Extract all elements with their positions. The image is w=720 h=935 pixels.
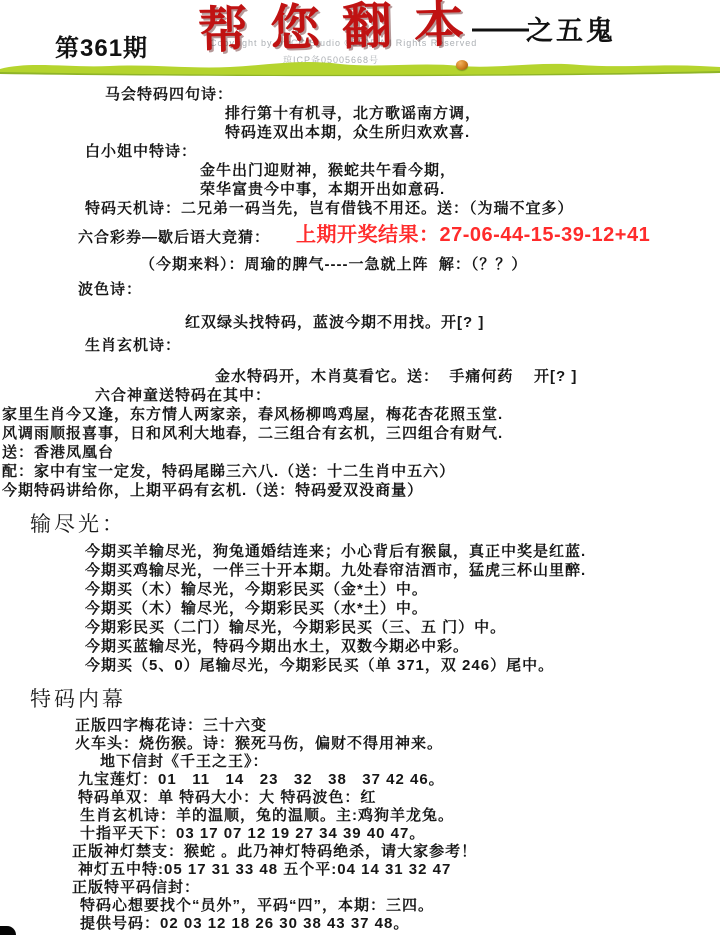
bose-line: 红双绿头找特码，蓝波今期不用找。开[? ] (185, 313, 720, 332)
mahui-poem-line: 排行第十有机寻，北方歌谣南方调， (225, 104, 720, 123)
sheet-body: 马会特码四句诗： 排行第十有机寻，北方歌谣南方调， 特码连双出本期，众生所归欢欢… (0, 80, 720, 933)
title-block: 帮您翻本 —— 之五鬼 (198, 0, 616, 54)
neimu-line: 地下信封《千王之王》： (100, 753, 720, 771)
sheet-header: 第361期 Copyright by DwCC Studio ©2005 All… (0, 0, 720, 80)
baixiaojie-label: 白小姐中特诗： (85, 142, 720, 161)
neimu-line: 正版神灯禁支：猴蛇 。此乃神灯特码绝杀，请大家参考！ (72, 843, 720, 861)
mahui-poem-line: 特码连双出本期，众生所归欢欢喜. (225, 123, 720, 142)
shentong-line: 家里生肖今又逢，东方情人两家亲，春风杨柳鸣鸡屋，梅花杏花照玉堂. (2, 405, 720, 424)
last-draw-result: 上期开奖结果：27-06-44-15-39-12+41 (296, 223, 650, 247)
tianji-line: 特码天机诗：二兄弟一码当先，岂有借钱不用还。送：（为瑞不宜多） (85, 199, 720, 218)
lailiao-line: （今期来料）：周瑜的脾气----一急就上阵 解：（？？） (140, 255, 720, 274)
neimu-line: 十指平天下：03 17 07 12 19 27 34 39 40 47。 (80, 825, 720, 843)
baixiaojie-poem-line: 荣华富贵今中事，本期开出如意码. (200, 180, 720, 199)
neimu-line: 特码单双：单 特码大小：大 特码波色：红 (78, 789, 720, 807)
grass-divider (0, 56, 720, 78)
shujinguang-line: 今期买鸡输尽光，一伴三十开本期。九处春帘洁酒市，猛虎三杯山里醉. (85, 561, 720, 580)
shujinguang-line: 今期买羊输尽光，狗兔通婚结连来；小心背后有猴鼠，真正中奖是红蓝. (85, 542, 720, 561)
neimu-title: 特码内幕 (30, 687, 720, 711)
shengxiao-label: 生肖玄机诗： (85, 336, 720, 355)
shentong-label: 六合神童送特码在其中： (95, 386, 720, 405)
mahui-poem-label: 马会特码四句诗： (105, 85, 720, 104)
song-line: 送：香港凤凰台 (2, 443, 720, 462)
neimu-line: 提供号码：02 03 12 18 26 30 38 43 37 48。 (80, 915, 720, 933)
shujinguang-title: 输尽光： (30, 512, 720, 536)
ladybug-icon (456, 60, 468, 70)
pei-line: 配：家中有宝一定发，特码尾睇三六八.（送：十二生肖中五六） (2, 462, 720, 481)
shengxiao-line: 金水特码开，木肖莫看它。送： 手痛何药 开[? ] (215, 367, 720, 386)
neimu-line: 九宝莲灯：01 11 14 23 32 38 37 42 46。 (78, 771, 720, 789)
lottery-tip-sheet: 第361期 Copyright by DwCC Studio ©2005 All… (0, 0, 720, 935)
neimu-line: 正版特平码信封： (72, 879, 720, 897)
neimu-section: 正版四字梅花诗：三十六变 火车头：烧伤猴。诗：猴死马伤，偏财不得用神来。 地下信… (0, 717, 720, 933)
shujinguang-section: 今期买羊输尽光，狗兔通婚结连来；小心背后有猴鼠，真正中奖是红蓝. 今期买鸡输尽光… (0, 542, 720, 675)
shujinguang-line: 今期买（木）输尽光，今期彩民买（金*土）中。 (85, 580, 720, 599)
shujinguang-line: 今期买（5、0）尾输尽光，今期彩民买（单 371，双 246）尾中。 (85, 656, 720, 675)
neimu-line: 神灯五中特:05 17 31 33 48 五个平:04 14 31 32 47 (78, 861, 720, 879)
page-title: 帮您翻本 (197, 0, 486, 58)
neimu-line: 特码心想要找个“员外”，平码“四”，本期：三四。 (80, 897, 720, 915)
shentong-line: 风调雨顺报喜事，日和风利大地春，二三组合有玄机，三四组合有财气. (2, 424, 720, 443)
shujinguang-line: 今期买蓝输尽光，特码今期出水土，双数今期必中彩。 (85, 637, 720, 656)
baixiaojie-poem-line: 金牛出门迎财神，猴蛇共午看今期， (200, 161, 720, 180)
bose-label: 波色诗： (78, 280, 720, 299)
neimu-line: 正版四字梅花诗：三十六变 (75, 717, 720, 735)
result-row: 六合彩券—歇后语大竞猜： 上期开奖结果：27-06-44-15-39-12+41 (0, 221, 720, 247)
shujinguang-line: 今期买（木）输尽光，今期彩民买（水*土）中。 (85, 599, 720, 618)
neimu-line: 生肖玄机诗：羊的温顺，兔的温顺。主:鸡狗羊龙兔。 (80, 807, 720, 825)
title-subtitle: 之五鬼 (526, 9, 616, 48)
neimu-line: 火车头：烧伤猴。诗：猴死马伤，偏财不得用神来。 (75, 735, 720, 753)
shujinguang-line: 今期彩民买（二门）输尽光，今期彩民买（三、五 门）中。 (85, 618, 720, 637)
jiangei-line: 今期特码讲给你，上期平码有玄机.（送：特码爱双没商量） (2, 481, 720, 500)
xiehouyu-label: 六合彩券—歇后语大竞猜： (78, 228, 270, 247)
